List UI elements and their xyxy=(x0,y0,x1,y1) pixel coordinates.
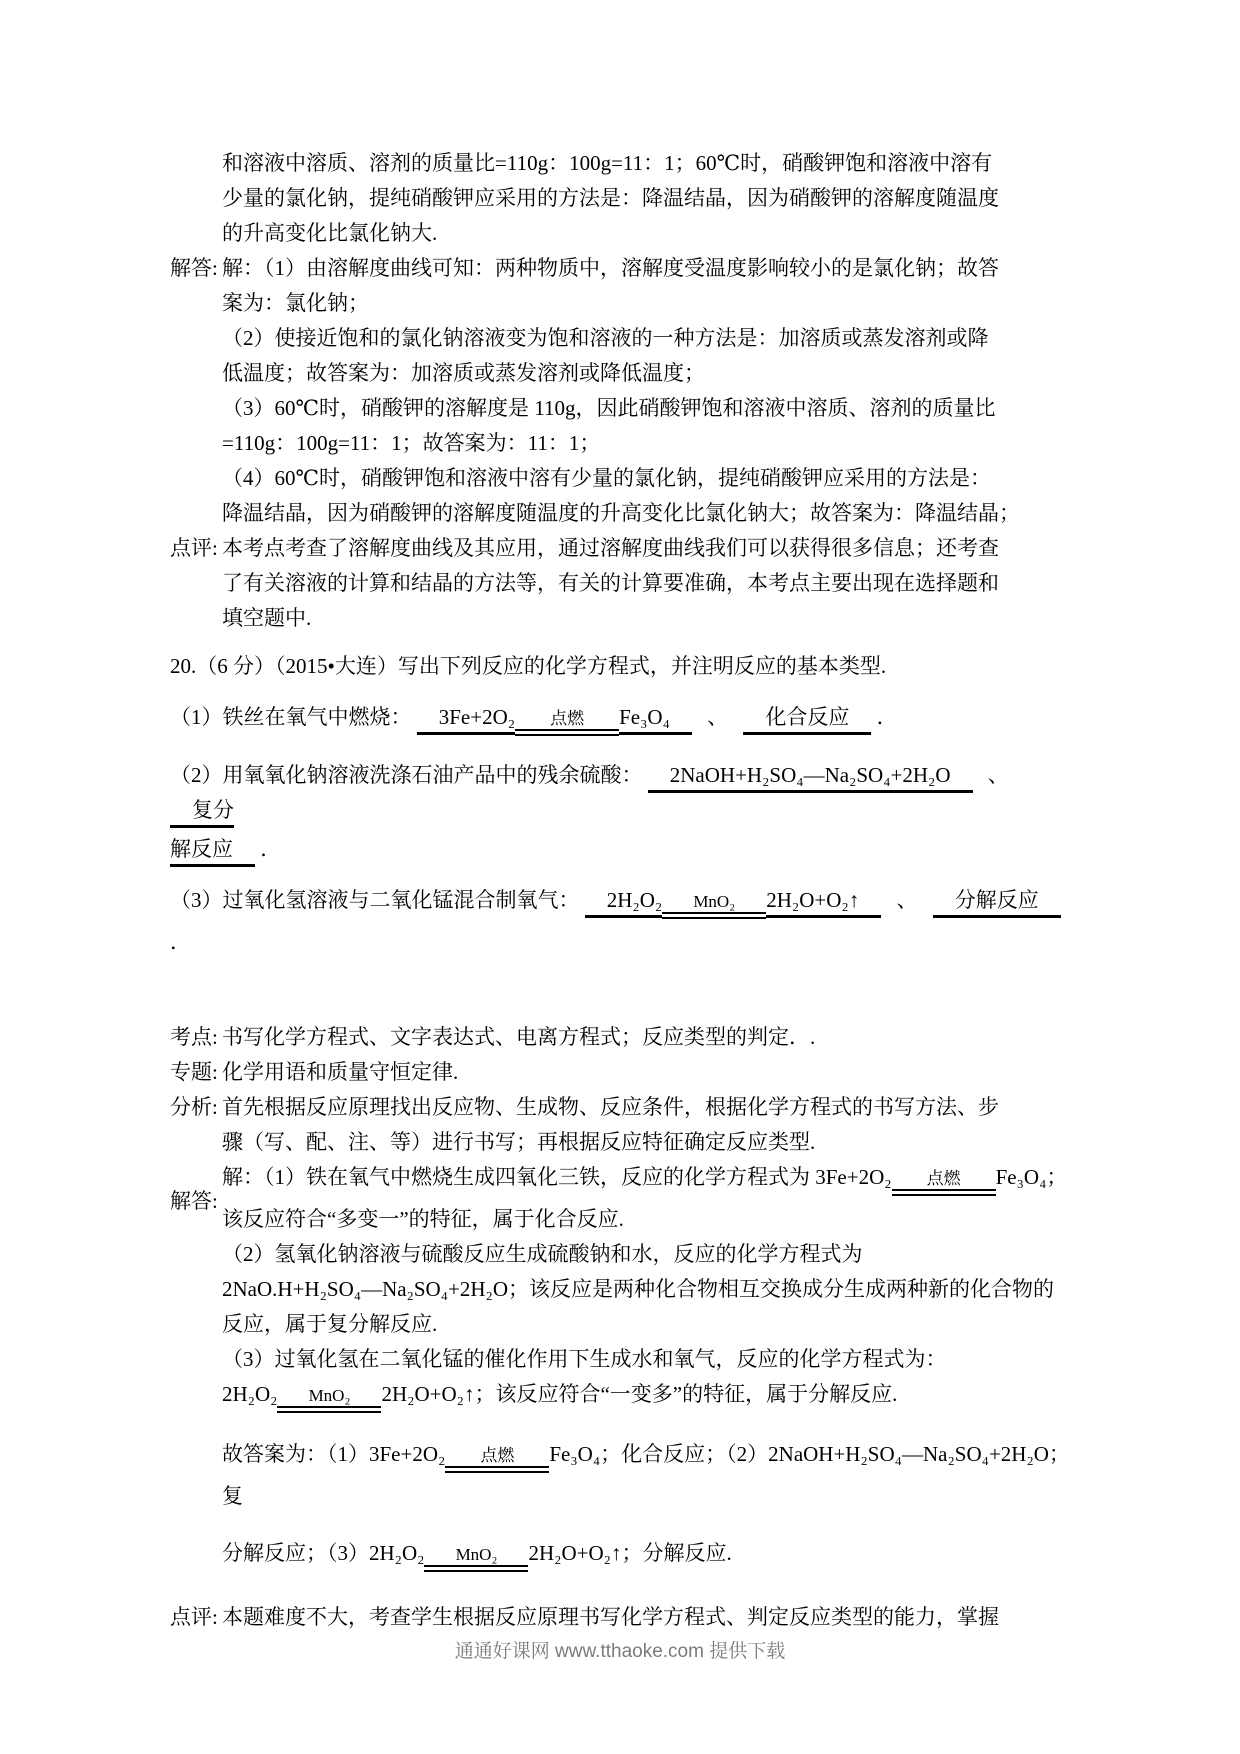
equation-condition-assembly: MnO₂ xyxy=(424,1545,528,1578)
jieda-label: 解答: xyxy=(170,1160,222,1219)
answer-body: 解：（1）由溶解度曲线可知：两种物质中，溶解度受温度影响较小的是氯化钠；故答 案… xyxy=(222,251,1084,531)
zhuanti-body: 化学用语和质量守恒定律. xyxy=(222,1055,1084,1090)
equation-condition-assembly: MnO₂ xyxy=(277,1386,381,1419)
comment-label: 点评: xyxy=(170,531,222,566)
document-page: 和溶液中溶质、溶剂的质量比=110g：100g=11：1；60℃时，硝酸钾饱和溶… xyxy=(0,0,1240,1754)
text-line: 的升高变化比氯化钠大. xyxy=(222,216,1084,251)
text-line: （4）60℃时，硝酸钾饱和溶液中溶有少量的氯化钠，提纯硝酸钾应采用的方法是： xyxy=(222,461,1084,496)
fenxi-body: 首先根据反应原理找出反应物、生成物、反应条件，根据化学方程式的书写方法、步 骤（… xyxy=(222,1090,1084,1160)
kaodian-body: 书写化学方程式、文字表达式、电离方程式；反应类型的判定．. xyxy=(222,1020,1084,1055)
q20-item-2-line-1: （2）用氧氧化钠溶液洗涤石油产品中的残余硫酸： 2NaOH+H₂SO₄—Na₂S… xyxy=(170,758,1084,828)
q19-answer-block: 解答: 解：（1）由溶解度曲线可知：两种物质中，溶解度受温度影响较小的是氯化钠；… xyxy=(170,251,1084,531)
text-line: 低温度；故答案为：加溶质或蒸发溶剂或降低温度； xyxy=(222,356,1084,391)
q20-item-2-type-blank-part1: 复分 xyxy=(170,798,234,828)
equation-condition-assembly: 点燃 xyxy=(892,1169,996,1202)
double-line xyxy=(424,1565,528,1572)
q20-item-1-type-blank: 化合反应 xyxy=(743,705,871,735)
equation-condition-assembly: 点燃 xyxy=(515,709,619,742)
separator: 、 xyxy=(886,888,927,912)
equation-condition-label: MnO₂ xyxy=(662,892,766,912)
q20-item-1: （1）铁丝在氧气中燃烧： 3Fe+2O₂点燃Fe₃O₄ 、 化合反应 ． xyxy=(170,700,1084,742)
q20-item-1-equation-lhs: 3Fe+2O₂ xyxy=(417,705,515,735)
text-line: （2）使接近饱和的氯化钠溶液变为饱和溶液的一种方法是：加溶质或蒸发溶剂或降 xyxy=(222,321,1084,356)
equation-condition-label: 点燃 xyxy=(892,1169,996,1189)
double-line xyxy=(662,912,766,919)
answer-label: 解答: xyxy=(170,251,222,286)
period: ． xyxy=(170,930,191,954)
jieda-line-9: 分解反应；（3）2H₂O₂MnO₂2H₂O+O₂↑；分解反应. xyxy=(222,1536,1084,1578)
double-line xyxy=(277,1406,381,1413)
double-line xyxy=(515,729,619,736)
jieda-line-1: 解：（1）铁在氧气中燃烧生成四氧化三铁，反应的化学方程式为 3Fe+2O₂点燃F… xyxy=(222,1160,1084,1202)
text-segment: Fe₃O₄； xyxy=(996,1165,1068,1189)
q20-fenxi-block: 分析: 首先根据反应原理找出反应物、生成物、反应条件，根据化学方程式的书写方法、… xyxy=(170,1090,1084,1160)
dianping-label: 点评: xyxy=(170,1600,222,1635)
text-line: （3）60℃时，硝酸钾的溶解度是 110g，因此硝酸钾饱和溶液中溶质、溶剂的质量… xyxy=(222,391,1084,426)
text-line: 了有关溶液的计算和结晶的方法等，有关的计算要准确，本考点主要出现在选择题和 xyxy=(222,566,1084,601)
text-segment: 2H₂O₂ xyxy=(222,1382,277,1406)
text-line: 书写化学方程式、文字表达式、电离方程式；反应类型的判定．. xyxy=(222,1020,1084,1055)
q20-jieda-block: 解答: 解：（1）铁在氧气中燃烧生成四氧化三铁，反应的化学方程式为 3Fe+2O… xyxy=(170,1160,1084,1578)
text-line: 本考点考查了溶解度曲线及其应用，通过溶解度曲线我们可以获得很多信息；还考查 xyxy=(222,531,1084,566)
equation-condition-label: MnO₂ xyxy=(277,1386,381,1406)
period: ． xyxy=(877,705,898,729)
text-segment: 解：（1）铁在氧气中燃烧生成四氧化三铁，反应的化学方程式为 3Fe+2O₂ xyxy=(222,1165,892,1189)
equation-condition-assembly: 点燃 xyxy=(445,1446,549,1479)
text-line: 降温结晶，因为硝酸钾的溶解度随温度的升高变化比氯化钠大；故答案为：降温结晶； xyxy=(222,496,1084,531)
q20-zhuanti-block: 专题: 化学用语和质量守恒定律. xyxy=(170,1055,1084,1090)
q20-item-1-equation-rhs: Fe₃O₄ xyxy=(619,705,692,735)
text-line: 反应，属于复分解反应. xyxy=(222,1307,1084,1342)
text-line: 和溶液中溶质、溶剂的质量比=110g：100g=11：1；60℃时，硝酸钾饱和溶… xyxy=(222,146,1084,181)
equation-condition-label: MnO₂ xyxy=(424,1545,528,1565)
text-line: 2NaO.H+H₂SO₄—Na₂SO₄+2H₂O；该反应是两种化合物相互交换成分… xyxy=(222,1272,1084,1307)
text-segment: 2H₂O+O₂↑；该反应符合“一变多”的特征，属于分解反应. xyxy=(381,1382,897,1406)
text-line: =110g：100g=11：1；故答案为：11：1； xyxy=(222,426,1084,461)
equation-condition-label: 点燃 xyxy=(445,1446,549,1466)
text-segment: 故答案为：（1）3Fe+2O₂ xyxy=(222,1442,445,1466)
q19-analysis-continuation: 和溶液中溶质、溶剂的质量比=110g：100g=11：1；60℃时，硝酸钾饱和溶… xyxy=(222,146,1084,251)
text-line: （2）氢氧化钠溶液与硫酸反应生成硫酸钠和水，反应的化学方程式为 xyxy=(222,1237,1084,1272)
q19-comment-block: 点评: 本考点考查了溶解度曲线及其应用，通过溶解度曲线我们可以获得很多信息；还考… xyxy=(170,531,1084,636)
text-line: 案为：氯化钠； xyxy=(222,286,1084,321)
text-line: 本题难度不大，考查学生根据反应原理书写化学方程式、判定反应类型的能力，掌握 xyxy=(222,1600,1084,1635)
q20-item-2-equation-blank: 2NaOH+H₂SO₄—Na₂SO₄+2H₂O xyxy=(648,763,973,793)
q20-item-3: （3）过氧化氢溶液与二氧化锰混合制氧气： 2H₂O₂MnO₂2H₂O+O₂↑ 、… xyxy=(170,883,1084,960)
kaodian-label: 考点: xyxy=(170,1020,222,1055)
dianping-body: 本题难度不大，考查学生根据反应原理书写化学方程式、判定反应类型的能力，掌握 xyxy=(222,1600,1084,1635)
q20-item-1-prompt: （1）铁丝在氧气中燃烧： xyxy=(170,705,412,729)
q20-kaodian-block: 考点: 书写化学方程式、文字表达式、电离方程式；反应类型的判定．. xyxy=(170,1020,1084,1055)
page-footer: 通通好课网 www.tthaoke.com 提供下载 xyxy=(0,1636,1240,1663)
text-line: 首先根据反应原理找出反应物、生成物、反应条件，根据化学方程式的书写方法、步 xyxy=(222,1090,1084,1125)
double-line xyxy=(892,1189,996,1196)
text-segment: 2H₂O+O₂↑；分解反应. xyxy=(528,1541,731,1565)
document-content: 和溶液中溶质、溶剂的质量比=110g：100g=11：1；60℃时，硝酸钾饱和溶… xyxy=(170,146,1084,1635)
q20-item-2-line-2: 解反应 ． xyxy=(170,832,1084,867)
q20-item-2-prompt: （2）用氧氧化钠溶液洗涤石油产品中的残余硫酸： xyxy=(170,763,643,787)
zhuanti-label: 专题: xyxy=(170,1055,222,1090)
text-line: 填空题中. xyxy=(222,601,1084,636)
separator: 、 xyxy=(697,705,738,729)
q20-item-2: （2）用氧氧化钠溶液洗涤石油产品中的残余硫酸： 2NaOH+H₂SO₄—Na₂S… xyxy=(170,758,1084,867)
q20-title: 20.（6 分）（2015•大连）写出下列反应的化学方程式，并注明反应的基本类型… xyxy=(170,649,1084,684)
text-segment: 分解反应；（3）2H₂O₂ xyxy=(222,1541,424,1565)
q20-item-3-equation-rhs: 2H₂O+O₂↑ xyxy=(766,888,881,918)
text-line: （3）过氧化氢在二氧化锰的催化作用下生成水和氧气，反应的化学方程式为： xyxy=(222,1342,1084,1377)
double-line xyxy=(445,1466,549,1473)
text-line: 解：（1）由溶解度曲线可知：两种物质中，溶解度受温度影响较小的是氯化钠；故答 xyxy=(222,251,1084,286)
q20-dianping-block: 点评: 本题难度不大，考查学生根据反应原理书写化学方程式、判定反应类型的能力，掌… xyxy=(170,1600,1084,1635)
equation-condition-assembly: MnO₂ xyxy=(662,892,766,925)
separator: 、 xyxy=(978,763,1019,787)
jieda-line-7: 2H₂O₂MnO₂2H₂O+O₂↑；该反应符合“一变多”的特征，属于分解反应. xyxy=(222,1377,1084,1419)
q20-item-2-type-blank-part2: 解反应 xyxy=(170,837,255,867)
text-line: 骤（写、配、注、等）进行书写；再根据反应特征确定反应类型. xyxy=(222,1125,1084,1160)
text-line: 化学用语和质量守恒定律. xyxy=(222,1055,1084,1090)
jieda-line-8: 故答案为：（1）3Fe+2O₂点燃Fe₃O₄；化合反应；（2）2NaOH+H₂S… xyxy=(222,1437,1084,1514)
jieda-body: 解：（1）铁在氧气中燃烧生成四氧化三铁，反应的化学方程式为 3Fe+2O₂点燃F… xyxy=(222,1160,1084,1578)
text-line: 少量的氯化钠，提纯硝酸钾应采用的方法是：降温结晶，因为硝酸钾的溶解度随温度 xyxy=(222,181,1084,216)
q20-item-3-equation-lhs: 2H₂O₂ xyxy=(585,888,662,918)
q20-item-3-type-blank: 分解反应 xyxy=(933,888,1061,918)
comment-body: 本考点考查了溶解度曲线及其应用，通过溶解度曲线我们可以获得很多信息；还考查 了有… xyxy=(222,531,1084,636)
equation-condition-label: 点燃 xyxy=(515,709,619,729)
q20-item-3-prompt: （3）过氧化氢溶液与二氧化锰混合制氧气： xyxy=(170,888,580,912)
text-line: 该反应符合“多变一”的特征，属于化合反应. xyxy=(222,1202,1084,1237)
fenxi-label: 分析: xyxy=(170,1090,222,1125)
period: ． xyxy=(260,837,281,861)
